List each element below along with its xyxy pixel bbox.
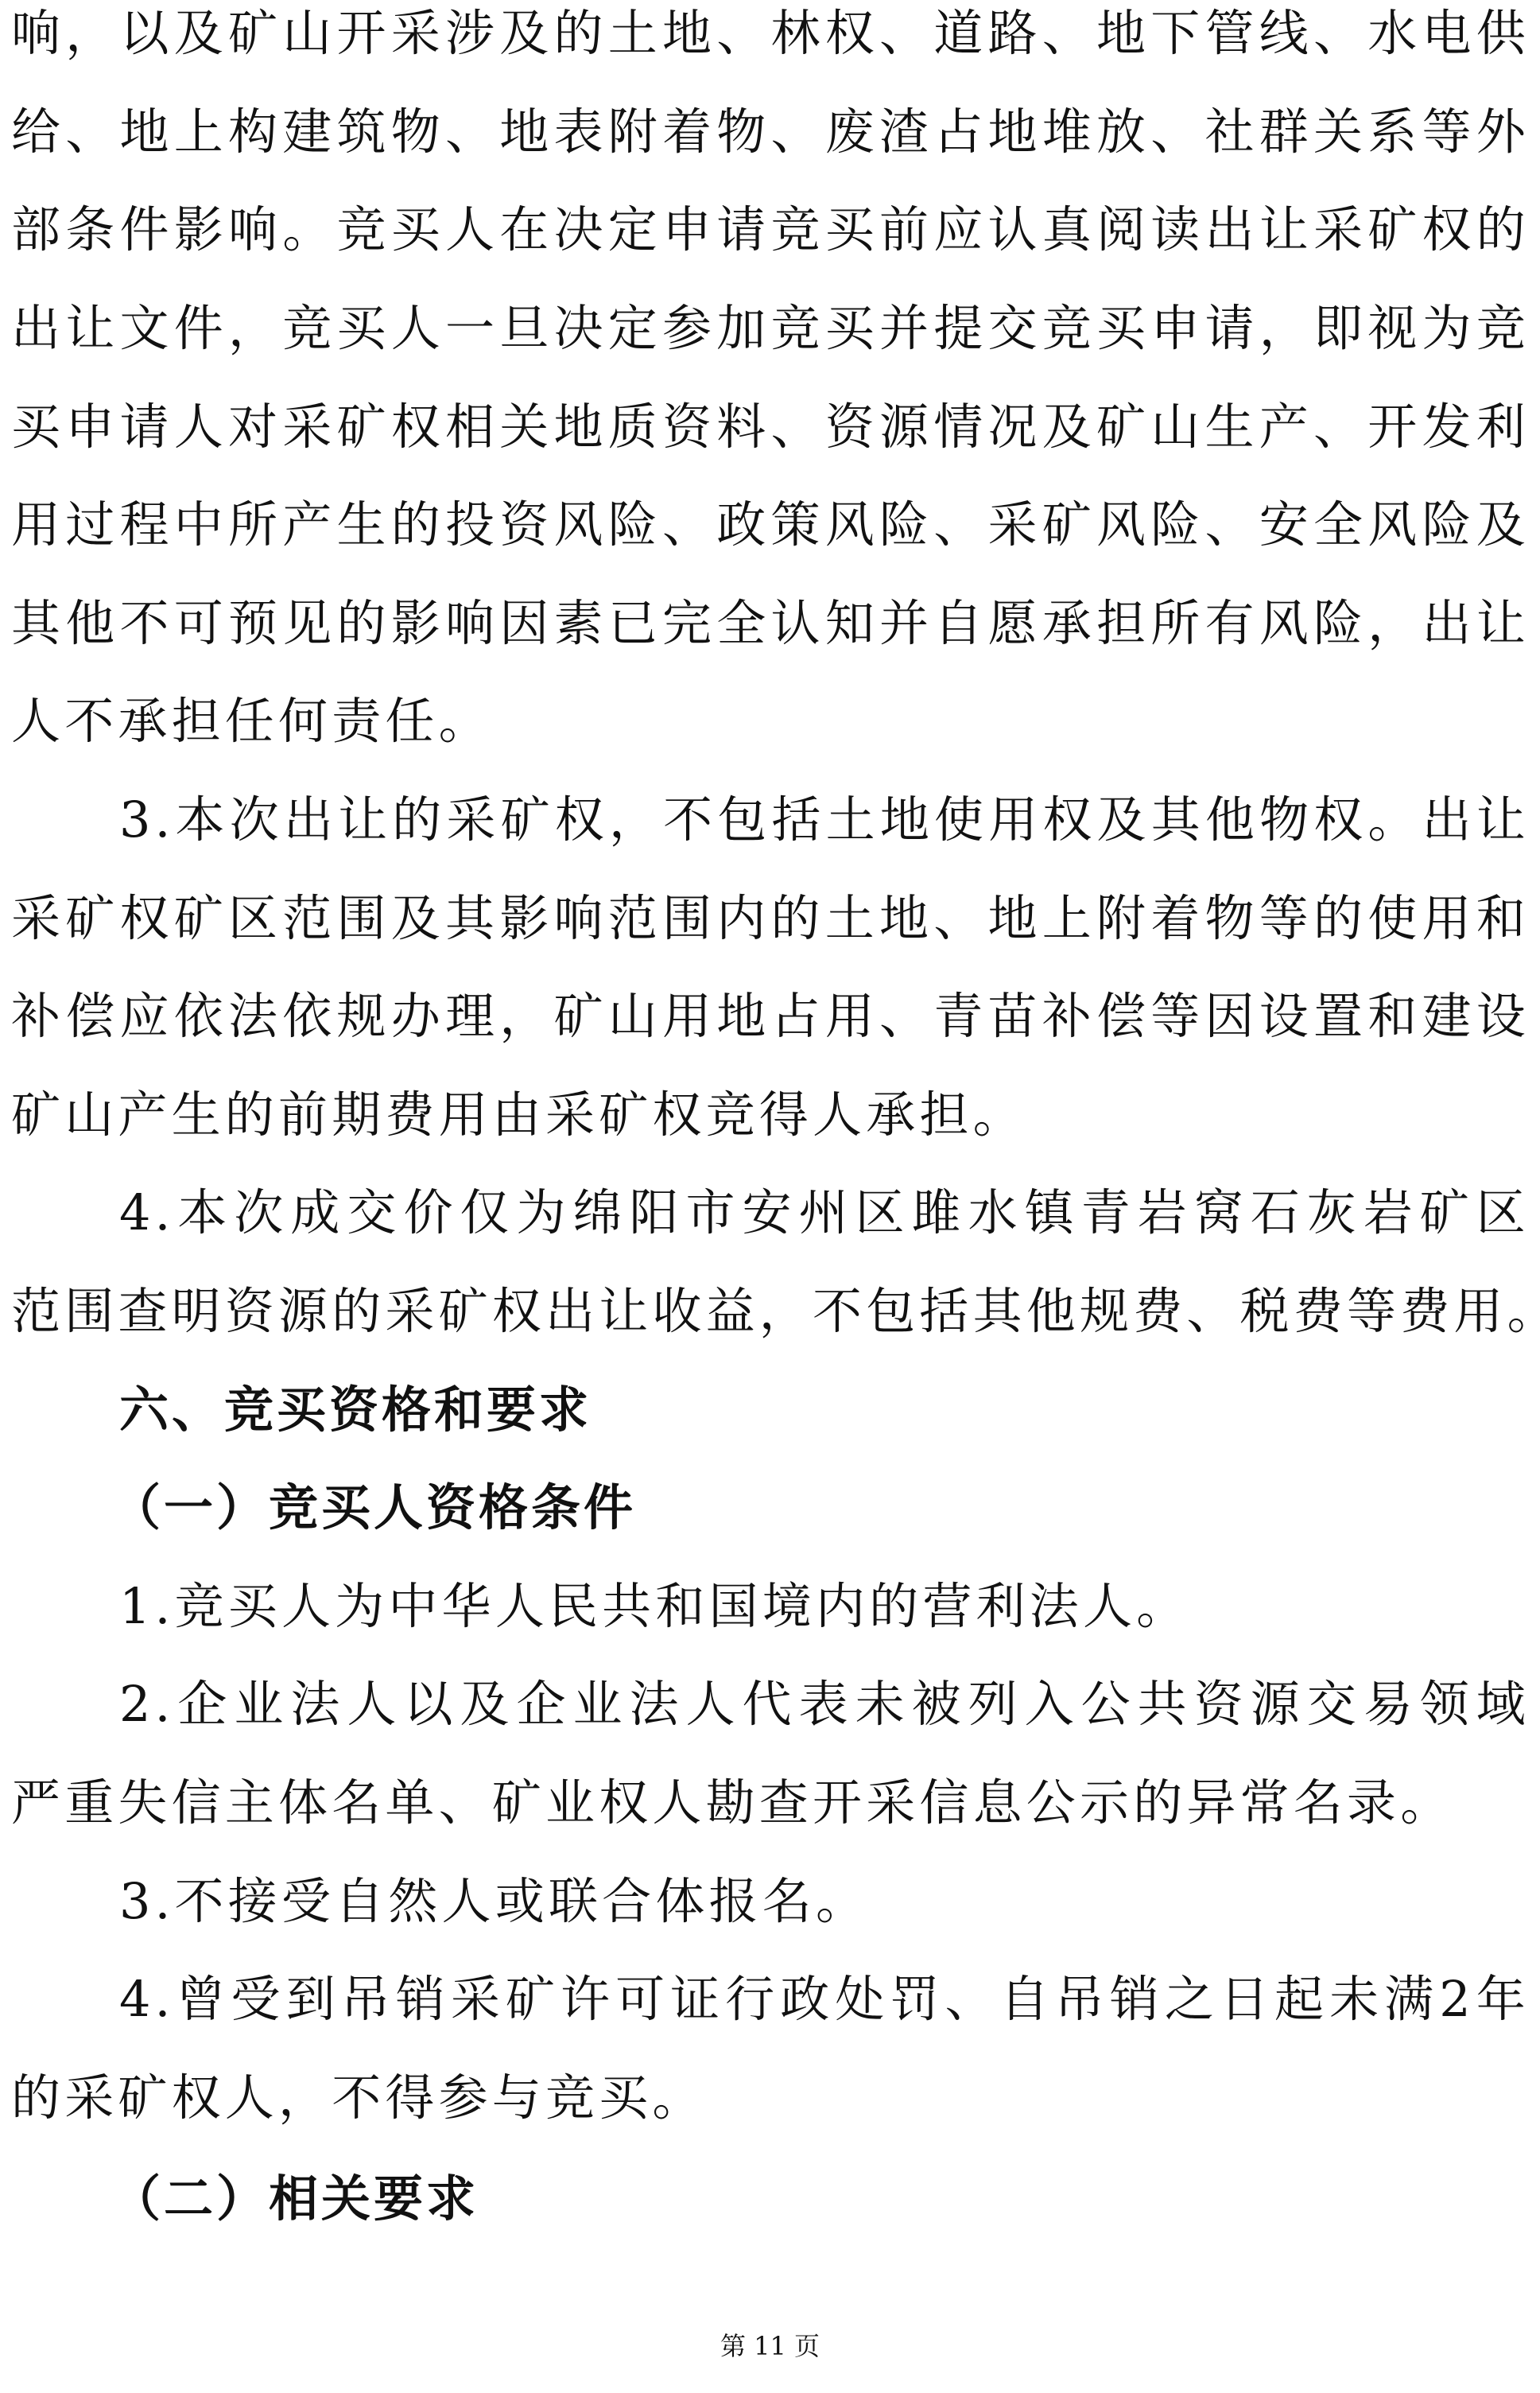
paragraph-line: 出让文件，竞买人一旦决定参加竞买并提交竞买申请，即视为竞 (11, 297, 1530, 360)
paragraph-line: 部条件影响。竞买人在决定申请竞买前应认真阅读出让采矿权的 (11, 198, 1530, 262)
list-item-2: 2.企业法人以及企业法人代表未被列入公共资源交易领域 (119, 1672, 1530, 1736)
paragraph-line: 给、地上构建筑物、地表附着物、废渣占地堆放、社群关系等外 (11, 100, 1530, 164)
page-number: 第 11 页 (0, 2326, 1540, 2363)
paragraph-line: 买申请人对采矿权相关地质资料、资源情况及矿山生产、开发利 (11, 395, 1530, 459)
subsection-heading: （二）相关要求 (111, 2167, 1540, 2231)
list-item-3b: 3.不接受自然人或联合体报名。 (119, 1870, 1530, 1933)
paragraph-line: 用过程中所产生的投资风险、政策风险、采矿风险、安全风险及 (11, 493, 1530, 557)
list-item-4: 4.本次成交价仅为绵阳市安州区雎水镇青岩窝石灰岩矿区 (119, 1181, 1530, 1245)
paragraph-line: 严重失信主体名单、矿业权人勘查开采信息公示的异常名录。 (11, 1771, 1530, 1835)
list-item-4b: 4.曾受到吊销采矿许可证行政处罚、自吊销之日起未满2年 (119, 1968, 1530, 2031)
document-page: 响，以及矿山开采涉及的土地、林权、道路、地下管线、水电供 给、地上构建筑物、地表… (0, 0, 1540, 2393)
paragraph-line: 矿山产生的前期费用由采矿权竞得人承担。 (11, 1083, 1530, 1147)
paragraph-line: 的采矿权人，不得参与竞买。 (11, 2066, 1530, 2130)
paragraph-line: 其他不可预见的影响因素已完全认知并自愿承担所有风险，出让 (11, 592, 1530, 655)
paragraph-line: 补偿应依法依规办理，矿山用地占用、青苗补偿等因设置和建设 (11, 985, 1530, 1048)
section-heading: 六、竞买资格和要求 (119, 1378, 1530, 1442)
list-item-1: 1.竞买人为中华人民共和国境内的营利法人。 (119, 1575, 1530, 1638)
list-item-3: 3.本次出让的采矿权，不包括土地使用权及其他物权。出让 (119, 788, 1530, 852)
subsection-heading: （一）竞买人资格条件 (111, 1476, 1540, 1540)
paragraph-line: 人不承担任何责任。 (11, 690, 1530, 753)
paragraph-line: 范围查明资源的采矿权出让收益，不包括其他规费、税费等费用。 (11, 1280, 1530, 1343)
paragraph-line: 采矿权矿区范围及其影响范围内的土地、地上附着物等的使用和 (11, 887, 1530, 950)
paragraph-line: 响，以及矿山开采涉及的土地、林权、道路、地下管线、水电供 (11, 2, 1530, 65)
